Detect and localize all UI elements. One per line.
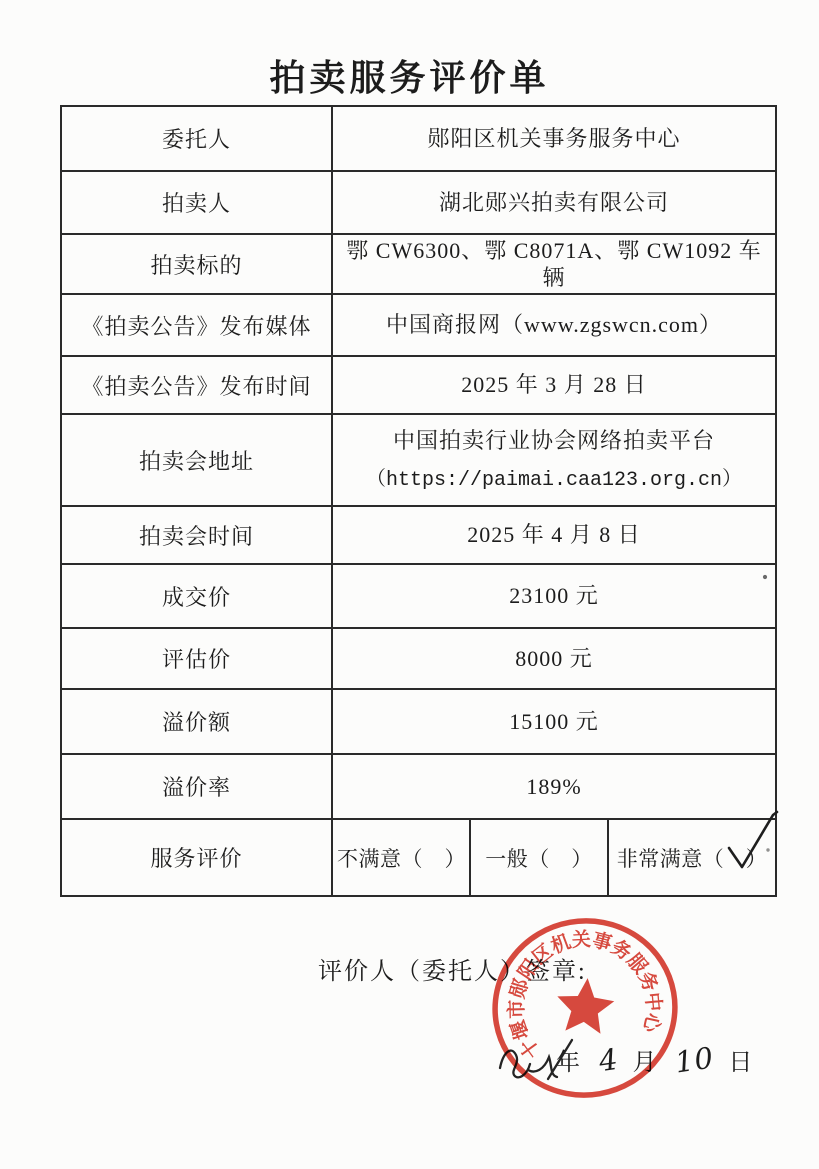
row-label: 溢价率 <box>62 755 333 818</box>
table-row: 成交价23100 元 <box>62 565 775 629</box>
table-row: 溢价率189% <box>62 755 775 820</box>
row-value: 郧阳区机关事务服务中心 <box>333 107 775 170</box>
table-row: 拍卖会地址中国拍卖行业协会网络拍卖平台（https://paimai.caa12… <box>62 415 775 507</box>
row-value: 湖北郧兴拍卖有限公司 <box>333 172 775 233</box>
table-row: 委托人郧阳区机关事务服务中心 <box>62 107 775 172</box>
row-value-line: 中国拍卖行业协会网络拍卖平台 <box>393 427 715 455</box>
row-value-line: 中国商报网（www.zgswcn.com） <box>386 311 722 339</box>
table-row: 《拍卖公告》发布时间2025 年 3 月 28 日 <box>62 357 775 415</box>
eval-option: 不满意（ ） <box>333 820 471 895</box>
row-label: 拍卖会时间 <box>62 507 333 563</box>
row-value: 鄂 CW6300、鄂 C8071A、鄂 CW1092 车辆 <box>333 235 775 293</box>
table-row: 溢价额15100 元 <box>62 690 775 755</box>
row-value-line: 郧阳区机关事务服务中心 <box>427 125 680 153</box>
sign-label: 评价人（委托人）签章: <box>318 951 587 986</box>
row-label: 评估价 <box>62 629 333 688</box>
row-value: 2025 年 3 月 28 日 <box>333 357 775 413</box>
row-label: 服务评价 <box>62 820 333 895</box>
row-value-line: 15100 元 <box>509 708 599 736</box>
row-value-line: 189% <box>526 773 581 801</box>
row-value-line: 湖北郧兴拍卖有限公司 <box>439 189 669 217</box>
scanned-form-page: 拍卖服务评价单 委托人郧阳区机关事务服务中心拍卖人湖北郧兴拍卖有限公司拍卖标的鄂… <box>0 0 819 1169</box>
date-month-label: 月 <box>632 1042 657 1077</box>
row-value: 15100 元 <box>333 690 775 753</box>
row-label: 《拍卖公告》发布媒体 <box>62 295 333 355</box>
page-title: 拍卖服务评价单 <box>0 50 819 101</box>
table-row: 评估价8000 元 <box>62 629 775 690</box>
eval-option: 一般（ ） <box>471 820 609 895</box>
row-value-line: （https://paimai.caa123.org.cn） <box>366 468 742 493</box>
eval-option-selected: 非常满意（ ） <box>609 820 775 895</box>
table-row: 拍卖会时间2025 年 4 月 8 日 <box>62 507 775 565</box>
row-value: 中国拍卖行业协会网络拍卖平台（https://paimai.caa123.org… <box>333 415 775 505</box>
seal-ring <box>481 907 688 1110</box>
handwritten-date: 年 4 月 10 日 <box>556 1042 753 1077</box>
row-value-line: 23100 元 <box>509 582 599 610</box>
evaluation-row: 服务评价不满意（ ）一般（ ）非常满意（ ） <box>62 820 775 895</box>
row-value: 8000 元 <box>333 629 775 688</box>
row-value: 189% <box>333 755 775 818</box>
date-year-label: 年 <box>556 1042 581 1077</box>
row-label: 溢价额 <box>62 690 333 753</box>
row-label: 拍卖会地址 <box>62 415 333 505</box>
row-value-line: 2025 年 3 月 28 日 <box>461 371 647 399</box>
date-month-value: 4 <box>597 1042 621 1078</box>
evaluation-table: 委托人郧阳区机关事务服务中心拍卖人湖北郧兴拍卖有限公司拍卖标的鄂 CW6300、… <box>60 105 777 897</box>
row-value-line: 鄂 CW6300、鄂 C8071A、鄂 CW1092 车辆 <box>341 237 767 292</box>
row-label: 成交价 <box>62 565 333 627</box>
row-label: 委托人 <box>62 107 333 170</box>
table-row: 拍卖标的鄂 CW6300、鄂 C8071A、鄂 CW1092 车辆 <box>62 235 775 295</box>
row-label: 拍卖标的 <box>62 235 333 293</box>
date-day-label: 日 <box>728 1042 753 1077</box>
row-value: 23100 元 <box>333 565 775 627</box>
table-row: 《拍卖公告》发布媒体中国商报网（www.zgswcn.com） <box>62 295 775 357</box>
row-label: 《拍卖公告》发布时间 <box>62 357 333 413</box>
row-label: 拍卖人 <box>62 172 333 233</box>
row-value: 中国商报网（www.zgswcn.com） <box>333 295 775 355</box>
table-row: 拍卖人湖北郧兴拍卖有限公司 <box>62 172 775 235</box>
date-day-value: 10 <box>673 1040 716 1079</box>
row-value-line: 8000 元 <box>515 645 593 673</box>
row-value: 2025 年 4 月 8 日 <box>333 507 775 563</box>
row-value-line: 2025 年 4 月 8 日 <box>467 521 641 549</box>
